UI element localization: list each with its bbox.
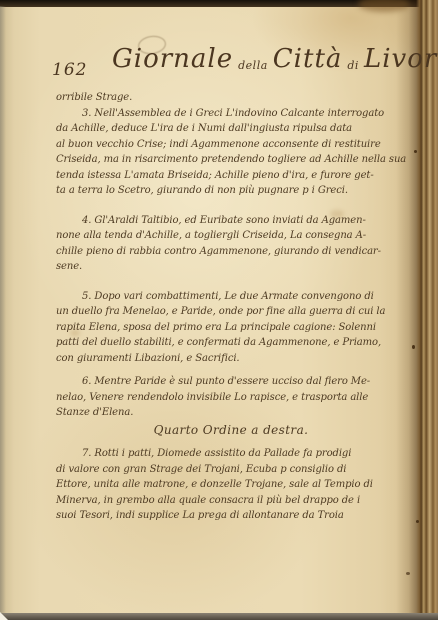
manuscript-line: 6. Mentre Paride è sul punto d'essere uc… — [56, 374, 406, 390]
section-heading: Quarto Ordine a destra. — [56, 423, 406, 439]
page-title: GiornaledellaCittàdiLivorno — [112, 44, 438, 74]
manuscript-line: Minerva, in grembo alla quale consacra i… — [56, 493, 406, 509]
manuscript-line: tenda istessa L'amata Briseida; Achille … — [56, 168, 406, 184]
manuscript-line: rapita Elena, sposa del primo era La pri… — [56, 320, 406, 336]
paragraph: orribile Strage. — [56, 90, 406, 106]
scan-corner-artifact — [0, 612, 8, 620]
paragraph: 5. Dopo vari combattimenti, Le due Armat… — [56, 289, 406, 367]
manuscript-line: sene. — [56, 259, 406, 275]
ink-spot — [412, 345, 415, 349]
manuscript-line: orribile Strage. — [56, 90, 406, 106]
ink-spot — [416, 520, 419, 523]
title-word: Giornale — [112, 44, 233, 74]
manuscript-line: un duello fra Menelao, e Paride, onde po… — [56, 304, 406, 320]
manuscript-line: nelao, Venere rendendolo invisibile Lo r… — [56, 390, 406, 406]
book-scan: 162 GiornaledellaCittàdiLivorno orribile… — [0, 0, 438, 620]
manuscript-text: orribile Strage.3. Nell'Assemblea de i G… — [56, 90, 406, 524]
manuscript-line: none alla tenda d'Achille, a togliergli … — [56, 228, 406, 244]
paragraph: 4. Gl'Araldi Taltibio, ed Euribate sono … — [56, 213, 406, 275]
manuscript-line: al buon vecchio Crise; indi Agammenone a… — [56, 137, 406, 153]
manuscript-line: Criseida, ma in risarcimento pretendendo… — [56, 152, 406, 168]
ink-spot — [406, 572, 410, 575]
manuscript-line: ta a terra lo Scetro, giurando di non pi… — [56, 183, 406, 199]
title-word: Livorno — [364, 44, 438, 74]
manuscript-line: 4. Gl'Araldi Taltibio, ed Euribate sono … — [56, 213, 406, 229]
manuscript-line: di valore con gran Strage dei Trojani, E… — [56, 462, 406, 478]
paragraph: 7. Rotti i patti, Diomede assistito da P… — [56, 446, 406, 524]
page-number: 162 — [52, 60, 87, 80]
title-word: Città — [273, 44, 343, 74]
manuscript-line: con giuramenti Libazioni, e Sacrifici. — [56, 351, 406, 367]
book-bottom-edge — [0, 613, 438, 620]
paragraph: 3. Nell'Assemblea de i Greci L'indovino … — [56, 106, 406, 199]
manuscript-line: Ettore, unita alle matrone, e donzelle T… — [56, 477, 406, 493]
manuscript-line: 5. Dopo vari combattimenti, Le due Armat… — [56, 289, 406, 305]
manuscript-line: Quarto Ordine a destra. — [56, 423, 406, 439]
ink-spot — [414, 150, 417, 153]
manuscript-line: da Achille, deduce L'ira de i Numi dall'… — [56, 121, 406, 137]
title-word: di — [347, 59, 359, 72]
manuscript-line: chille pieno di rabbia contro Agammenone… — [56, 244, 406, 260]
manuscript-line: 7. Rotti i patti, Diomede assistito da P… — [56, 446, 406, 462]
paragraph: 6. Mentre Paride è sul punto d'essere uc… — [56, 374, 406, 421]
title-word: della — [238, 59, 268, 72]
manuscript-line: patti del duello stabiliti, e confermati… — [56, 335, 406, 351]
manuscript-line: suoi Tesori, indi supplice La prega di a… — [56, 508, 406, 524]
manuscript-line: Stanze d'Elena. — [56, 405, 406, 421]
page-left-edge — [0, 6, 6, 614]
manuscript-line: 3. Nell'Assemblea de i Greci L'indovino … — [56, 106, 406, 122]
